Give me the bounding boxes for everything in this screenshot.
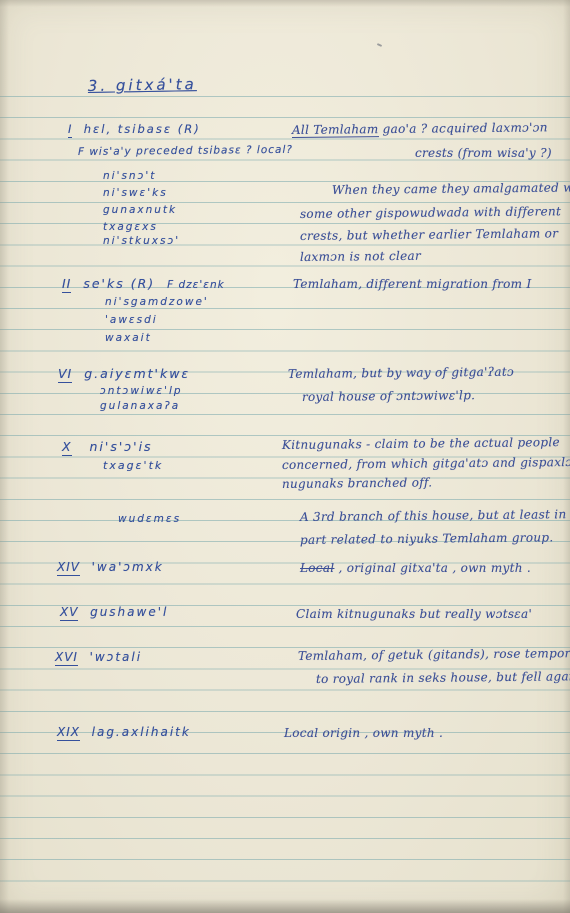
section-2-numeral: II [62,276,71,293]
stray-ink-mark [377,43,382,47]
section-19-title: lag.axlihaitk [92,725,191,739]
annotation-underlined-phrase: All Temlaham [292,122,379,138]
section-16-header: XVI 'wɔtali [55,650,142,664]
scan-edge-top [0,0,570,7]
wudemes-annotation-line: part related to niyuks Temlaham group. [300,530,554,547]
section-16-numeral: XVI [55,650,78,666]
section-14-annotation: Local , original gitxa'ta , own myth . [300,561,531,575]
section-19-numeral: XIX [57,725,80,741]
section-2-note: F dzɛ'ɛnk [167,279,225,291]
notebook-page: 3. gitxá'ta I hɛl, tsibasɛ (R) All Temla… [0,0,570,913]
section-1-member: ni'snɔ't [103,170,156,182]
section-16-annotation-line: Temlaham, of getuk (gitands), rose tempo… [298,646,570,663]
section-2-member: waxait [105,332,152,344]
section-16-title: 'wɔtali [90,650,142,664]
section-6-member: gulanaxaʔa [100,400,180,412]
section-1-paragraph-line: laxmɔn is not clear [300,249,421,264]
section-1-annotation-line2: crests (from wisa'y ?) [415,146,552,160]
section-6-title: g.aiyɛmt'kwɛ [84,366,190,381]
section-10-numeral: X [62,439,72,456]
annotation-rest: , original gitxa'ta , own myth . [334,561,531,575]
section-6-annotation-line: royal house of ɔntɔwiwɛ'lp. [302,388,475,404]
section-6-numeral: VI [58,366,72,383]
section-6-annotation-line: Temlaham, but by way of gitga'ʔatɔ [288,365,514,381]
section-1-paragraph-line: When they came they amalgamated with [332,180,570,197]
section-1-member: ni'stkuxsɔ' [103,235,180,247]
section-1-member: gunaxnutk [103,204,177,216]
section-1-paragraph-line: some other gispowudwada with different [300,204,561,221]
section-2-title: se'ks (R) [83,276,155,291]
section-2-member: 'awɛsdi [105,314,158,326]
struck-word: Local [300,561,334,575]
section-10-annotation-line: concerned, from which gitga'atɔ and gisp… [282,455,570,472]
annotation-rest: gao'a ? acquired laxmɔ'ɔn [378,120,547,136]
section-15-numeral: XV [60,605,78,621]
section-19-annotation: Local origin , own myth . [284,726,443,740]
section-1-note: F wis'a'y preceded tsibasɛ ? local? [78,144,293,158]
section-2-header: II se'ks (R) F dzɛ'ɛnk [62,276,225,291]
section-15-title: gushawe'l [90,605,168,619]
section-10-annotation-line: Kitnugunaks - claim to be the actual peo… [282,435,560,452]
section-6-member: ɔntɔwiwɛ'lp [100,385,183,397]
section-10-annotation-line: nugunaks branched off. [282,475,433,491]
section-1-annotation-line1: All Temlaham gao'a ? acquired laxmɔ'ɔn [292,120,548,137]
section-6-header: VI g.aiyɛmt'kwɛ [58,366,190,381]
page-title: 3. gitxá'ta [88,75,197,95]
section-10-member: txagɛ'tk [103,459,163,472]
section-1-member: ni'swɛ'ks [103,187,168,199]
section-2-annotation: Temlaham, different migration from I [293,277,532,291]
wudemes-annotation-line: A 3rd branch of this house, but at least… [300,507,567,524]
section-15-annotation: Claim kitnugunaks but really wɔtsɛa' [296,607,532,621]
section-1-header: I hɛl, tsibasɛ (R) [68,122,201,136]
wudemes-name: wudɛmɛs [118,513,181,525]
section-16-annotation-line: to royal rank in seks house, but fell ag… [316,669,570,686]
section-10-header: X ni's'ɔ'is [62,439,153,454]
section-10-title: ni's'ɔ'is [90,439,153,454]
section-1-paragraph-line: crests, but whether earlier Temlaham or [300,226,558,243]
section-2-member: ni'sgamdzowe' [105,296,209,308]
section-14-title: 'wa'ɔmxk [92,560,164,574]
scan-edge-bottom [0,899,570,913]
section-14-header: XIV 'wa'ɔmxk [57,560,164,574]
section-19-header: XIX lag.axlihaitk [57,725,191,739]
section-14-numeral: XIV [57,560,80,576]
section-1-title: hɛl, tsibasɛ (R) [84,122,201,136]
scan-edge-left [0,0,9,913]
section-1-numeral: I [68,122,72,138]
section-1-member: txagɛxs [103,221,158,233]
section-15-header: XV gushawe'l [60,605,168,619]
